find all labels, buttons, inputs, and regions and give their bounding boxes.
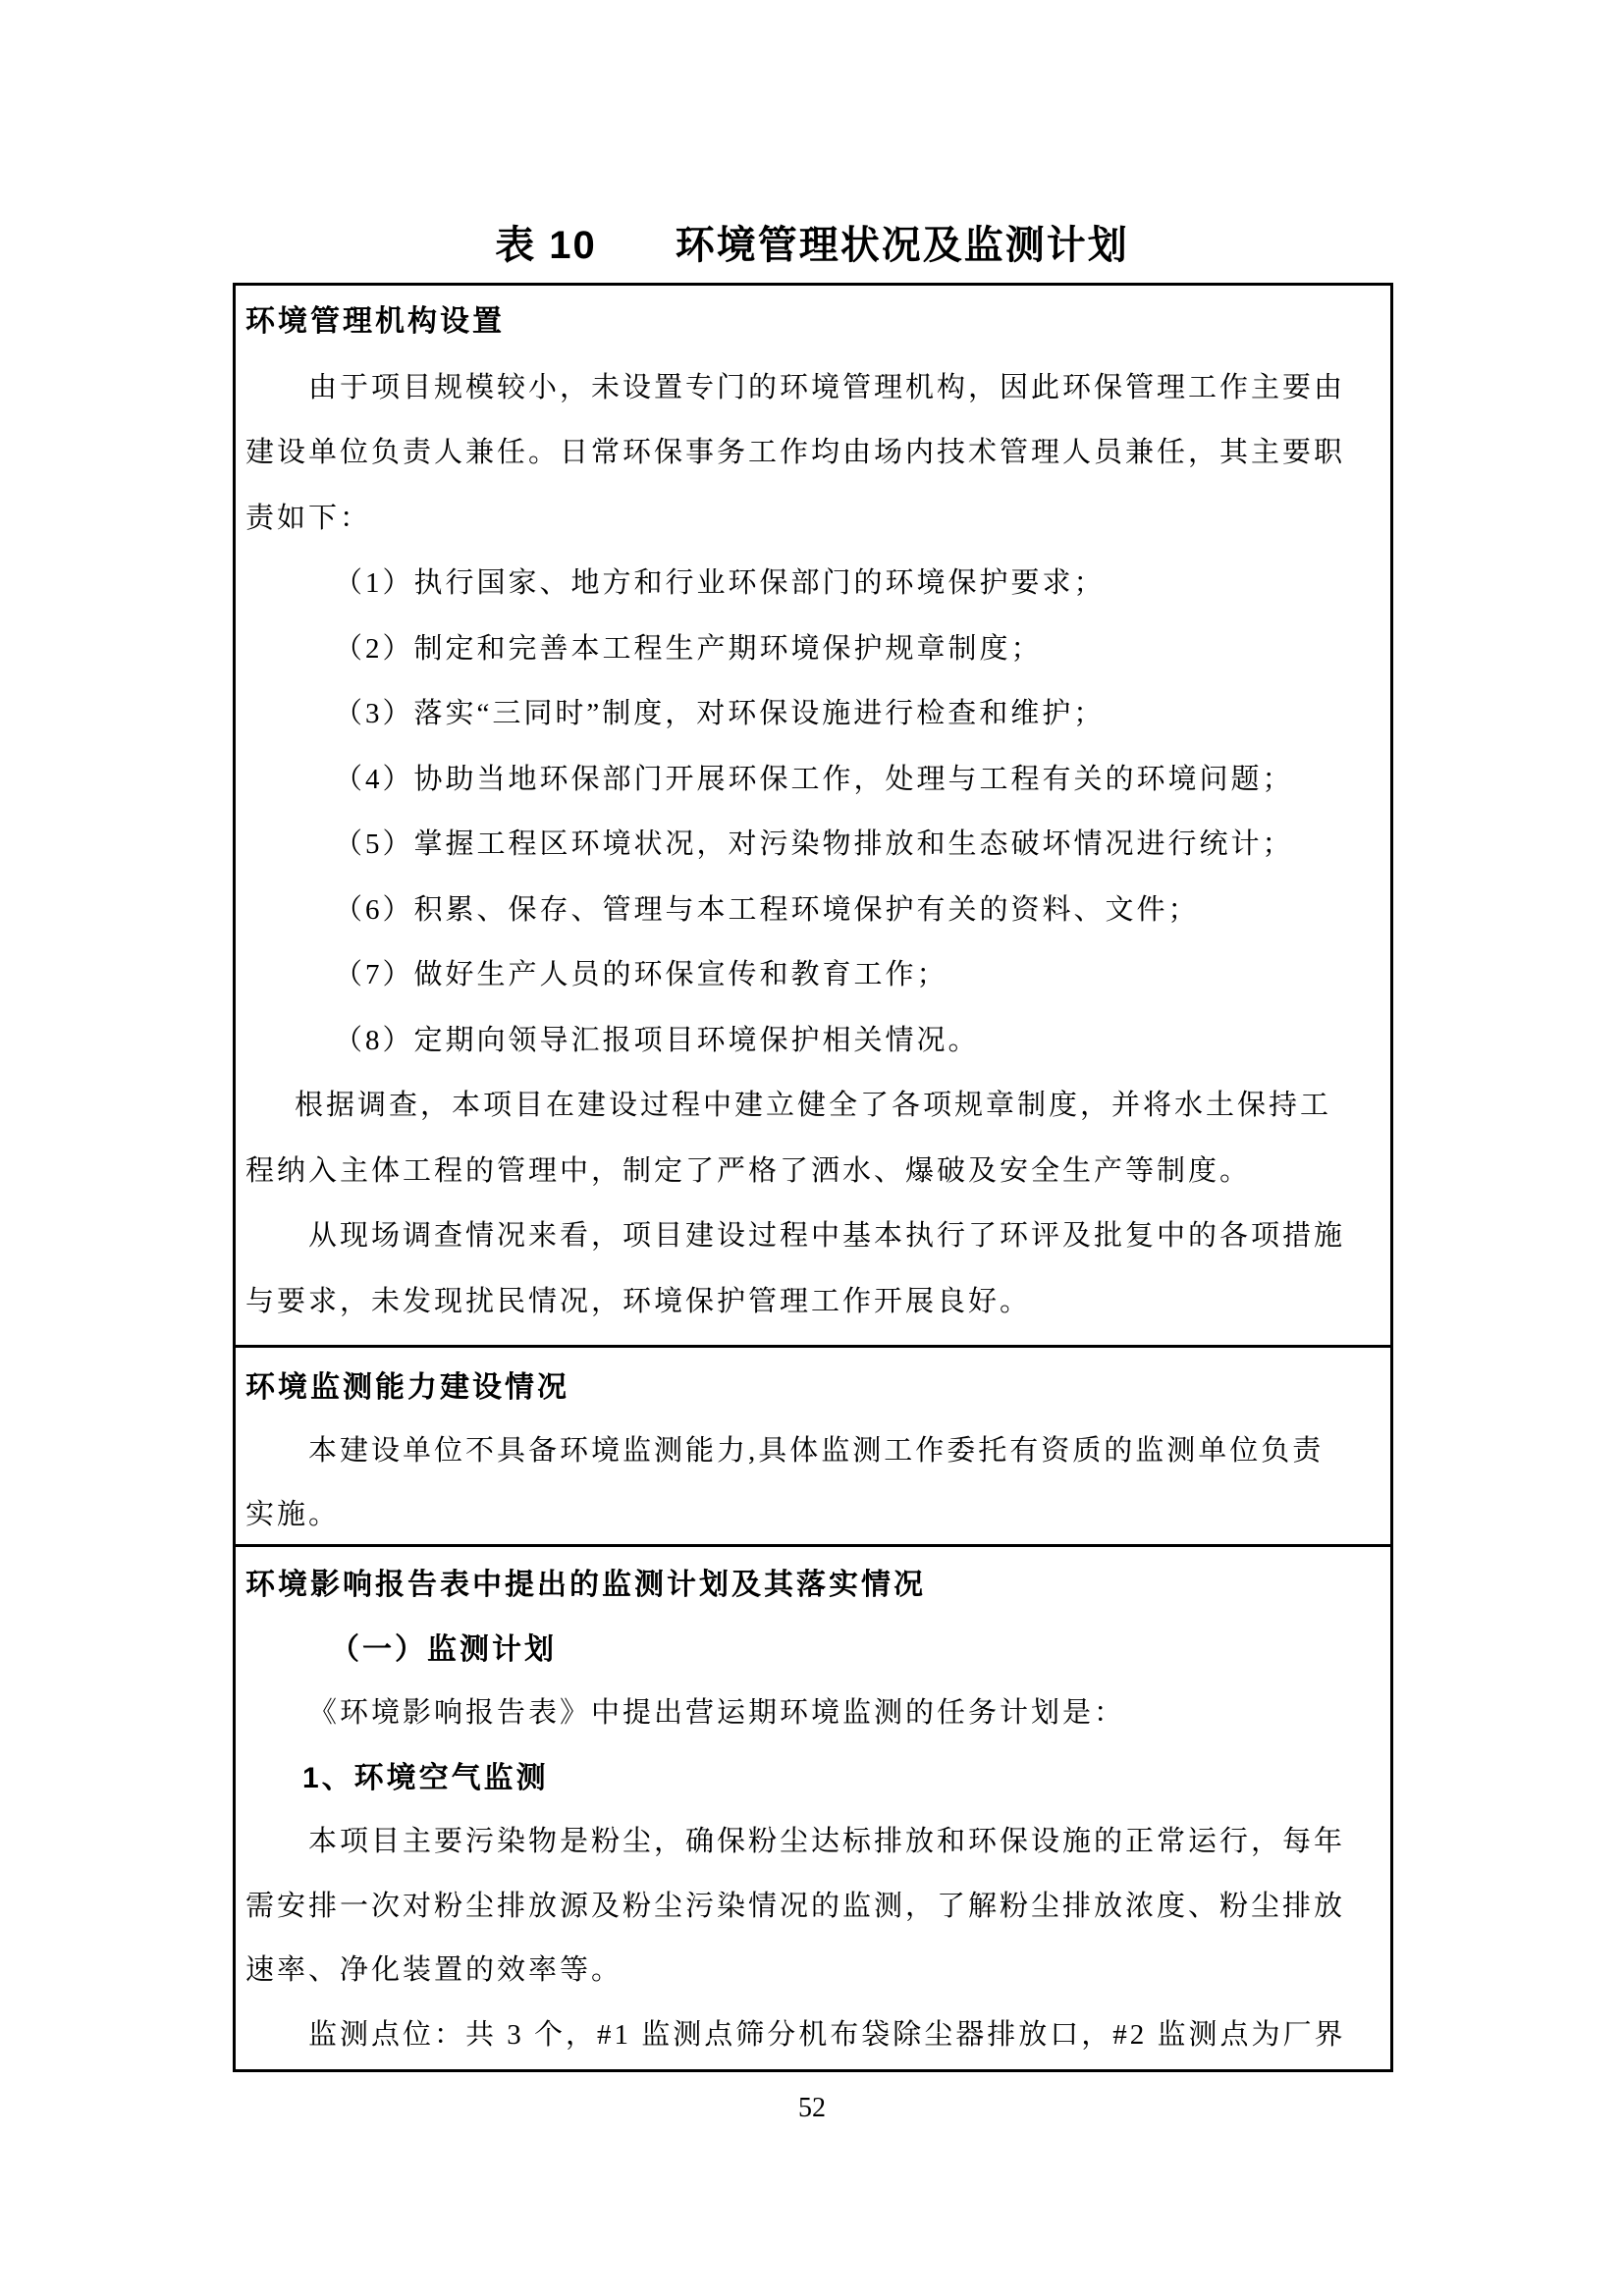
section-header: 环境管理机构设置 xyxy=(236,290,1390,355)
section-body: （一）监测计划《环境影响报告表》中提出营运期环境监测的任务计划是：1、环境空气监… xyxy=(236,1618,1390,2068)
text-line: 速率、净化装置的效率等。 xyxy=(236,1939,1390,2003)
text-line: （3）落实“三同时”制度，对环保设施进行检查和维护； xyxy=(236,681,1390,747)
text-line: （2）制定和完善本工程生产期环境保护规章制度； xyxy=(236,616,1390,682)
text-line: （一）监测计划 xyxy=(236,1618,1390,1682)
section-body: 本建设单位不具备环境监测能力,具体监测工作委托有资质的监测单位负责实施。 xyxy=(236,1419,1390,1547)
text-line: 与要求，未发现扰民情况，环境保护管理工作开展良好。 xyxy=(236,1269,1390,1335)
text-line: （6）积累、保存、管理与本工程环境保护有关的资料、文件； xyxy=(236,878,1390,943)
section-header: 环境影响报告表中提出的监测计划及其落实情况 xyxy=(236,1553,1390,1618)
table-title-text: 环境管理状况及监测计划 xyxy=(676,214,1129,270)
text-line: （7）做好生产人员的环保宣传和教育工作； xyxy=(236,942,1390,1008)
text-line: 1、环境空气监测 xyxy=(236,1746,1390,1811)
text-line: （4）协助当地环保部门开展环保工作，处理与工程有关的环境问题； xyxy=(236,747,1390,813)
text-line: 从现场调查情况来看，项目建设过程中基本执行了环评及批复中的各项措施 xyxy=(236,1203,1390,1269)
text-line: 监测点位：共 3 个，#1 监测点筛分机布袋除尘器排放口，#2 监测点为厂界 xyxy=(236,2003,1390,2068)
text-line: （1）执行国家、地方和行业环保部门的环境保护要求； xyxy=(236,551,1390,616)
section-body: 由于项目规模较小，未设置专门的环境管理机构，因此环保管理工作主要由建设单位负责人… xyxy=(236,355,1390,1335)
section-env-management-setup: 环境管理机构设置 由于项目规模较小，未设置专门的环境管理机构，因此环保管理工作主… xyxy=(236,286,1390,1348)
text-line: （8）定期向领导汇报项目环境保护相关情况。 xyxy=(236,1008,1390,1074)
text-line: 本项目主要污染物是粉尘，确保粉尘达标排放和环保设施的正常运行，每年 xyxy=(236,1810,1390,1875)
text-line: 本建设单位不具备环境监测能力,具体监测工作委托有资质的监测单位负责 xyxy=(236,1419,1390,1483)
page-number: 52 xyxy=(0,2093,1624,2124)
text-line: 建设单位负责人兼任。日常环保事务工作均由场内技术管理人员兼任，其主要职 xyxy=(236,420,1390,486)
text-line: 程纳入主体工程的管理中，制定了严格了洒水、爆破及安全生产等制度。 xyxy=(236,1139,1390,1204)
text-line: （5）掌握工程区环境状况，对污染物排放和生态破坏情况进行统计； xyxy=(236,812,1390,878)
table-number-label: 表 10 xyxy=(495,214,597,270)
text-line: 由于项目规模较小，未设置专门的环境管理机构，因此环保管理工作主要由 xyxy=(236,355,1390,421)
report-table: 环境管理机构设置 由于项目规模较小，未设置专门的环境管理机构，因此环保管理工作主… xyxy=(233,283,1393,2072)
text-line: 实施。 xyxy=(236,1483,1390,1547)
text-line: 需安排一次对粉尘排放源及粉尘污染情况的监测，了解粉尘排放浓度、粉尘排放 xyxy=(236,1875,1390,1940)
text-line: 根据调查，本项目在建设过程中建立健全了各项规章制度，并将水土保持工 xyxy=(236,1073,1390,1139)
section-monitoring-capacity: 环境监测能力建设情况 本建设单位不具备环境监测能力,具体监测工作委托有资质的监测… xyxy=(236,1348,1390,1547)
section-header: 环境监测能力建设情况 xyxy=(236,1356,1390,1419)
section-monitoring-plan: 环境影响报告表中提出的监测计划及其落实情况 （一）监测计划《环境影响报告表》中提… xyxy=(236,1547,1390,2069)
text-line: 《环境影响报告表》中提出营运期环境监测的任务计划是： xyxy=(236,1682,1390,1746)
page-title: 表 10 环境管理状况及监测计划 xyxy=(0,214,1624,270)
text-line: 责如下： xyxy=(236,486,1390,552)
